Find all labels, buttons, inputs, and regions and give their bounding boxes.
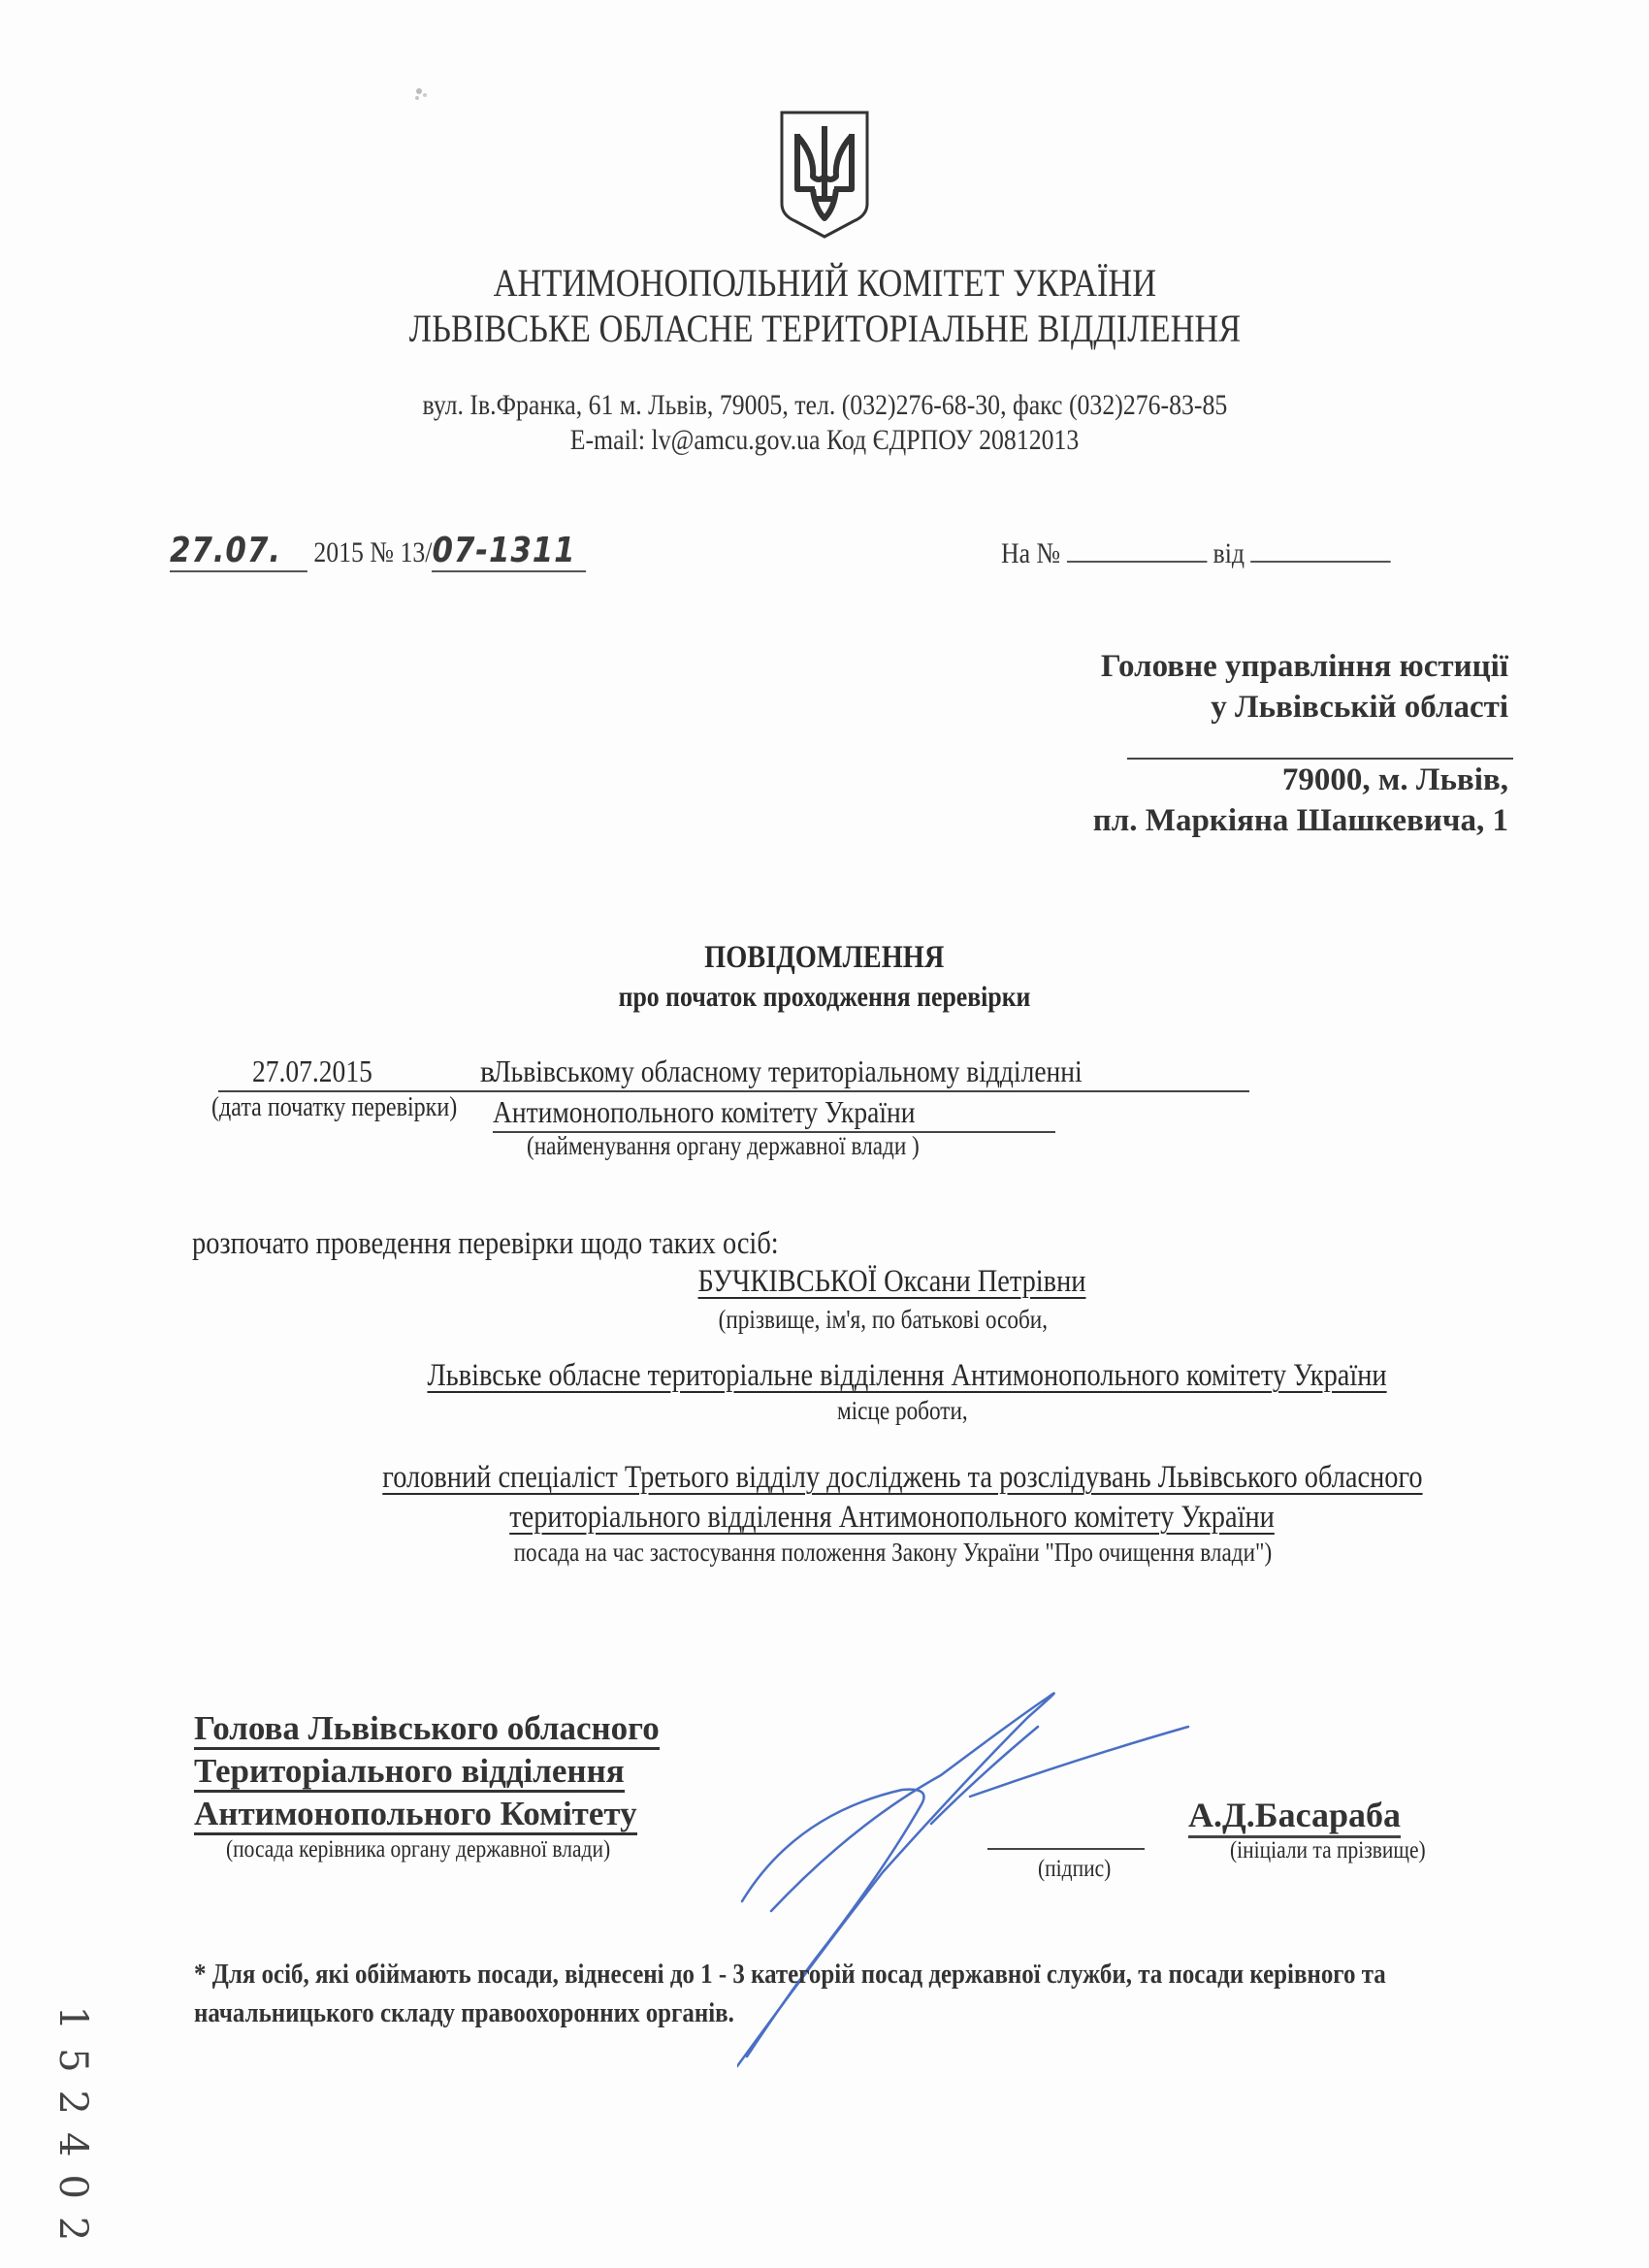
position-line1: головний спеціаліст Третього відділу дос…: [78, 1457, 1649, 1498]
handwritten-date: 27.07.: [170, 532, 307, 572]
scan-speck: [407, 80, 436, 109]
contact-line: E-mail: lv@amcu.gov.ua Код ЄДРПОУ 208120…: [0, 423, 1649, 458]
recipient-line1: Головне управління юстиції: [1101, 646, 1508, 687]
footnote: * Для осіб, які обіймають посади, віднес…: [194, 1955, 1494, 2032]
document-subtitle: про початок проходження перевірки: [0, 978, 1649, 1017]
workplace: Львівське обласне територіальне відділен…: [82, 1355, 1649, 1396]
start-date-field: 27.07.2015в: [218, 1052, 509, 1092]
signer-caption: (ініціали та прізвище): [1230, 1836, 1457, 1865]
signer-name: А.Д.Басараба: [1188, 1795, 1401, 1838]
coat-of-arms-icon: [776, 107, 873, 243]
head-title-line2: Територіального відділення: [194, 1753, 625, 1793]
incoming-number-blank: [1067, 532, 1207, 563]
authority-caption: (найменування органу державної влади ): [527, 1129, 984, 1162]
recipient-line2: у Львівській області: [1101, 687, 1508, 728]
authority-name: Львівському обласному територіальному ві…: [493, 1052, 1249, 1133]
outgoing-reference: 27.07. 2015 № 13/07-1311: [170, 532, 654, 572]
position-line2: територіального відділення Антимонопольн…: [68, 1497, 1649, 1538]
workplace-caption: місце роботи,: [78, 1394, 1649, 1427]
outgoing-year: 2015: [313, 536, 364, 568]
recipient-address-line2: пл. Маркіяна Шашкевича, 1: [1093, 800, 1508, 841]
org-title: АНТИМОНОПОЛЬНИЙ КОМІТЕТ УКРАЇНИ: [0, 260, 1649, 307]
start-date-caption: (дата початку перевірки): [211, 1090, 498, 1125]
address-line: вул. Ів.Франка, 61 м. Львів, 79005, тел.…: [0, 388, 1649, 423]
person-caption: (прізвище, ім'я, по батькові особи,: [58, 1303, 1649, 1336]
incoming-from-label: від: [1213, 537, 1245, 569]
incoming-date-blank: [1250, 532, 1390, 563]
head-title: Голова Львівського обласного Територіаль…: [194, 1710, 660, 1838]
org-subtitle: ЛЬВІВСЬКЕ ОБЛАСНЕ ТЕРИТОРІАЛЬНЕ ВІДДІЛЕН…: [0, 306, 1649, 352]
incoming-reference: На № від: [1001, 532, 1454, 573]
outgoing-number-prefix: № 13/: [370, 536, 432, 568]
side-stamp-number: 152402: [53, 2035, 92, 2229]
recipient-address: 79000, м. Львів, пл. Маркіяна Шашкевича,…: [1093, 760, 1508, 841]
signature-caption: (підпис): [1038, 1855, 1123, 1884]
person-name: БУЧКІВСЬКОЇ Оксани Петрівни: [68, 1261, 1649, 1302]
recipient-address-line1: 79000, м. Львів,: [1093, 760, 1508, 800]
handwritten-number: 07-1311: [432, 532, 586, 572]
head-caption: (посада керівника органу державної влади…: [226, 1835, 673, 1864]
document-title: ПОВІДОМЛЕННЯ: [0, 937, 1649, 978]
recipient-block: Головне управління юстиції у Львівській …: [1101, 646, 1508, 728]
position-caption: посада на час застосування положення Зак…: [68, 1536, 1649, 1569]
head-title-line1: Голова Львівського обласного: [194, 1710, 660, 1750]
check-intro: розпочато проведення перевірки щодо таки…: [192, 1223, 874, 1264]
incoming-number-label: На №: [1001, 537, 1060, 569]
signature-line: [987, 1848, 1145, 1850]
head-title-line3: Антимонопольного Комітету: [194, 1796, 637, 1835]
